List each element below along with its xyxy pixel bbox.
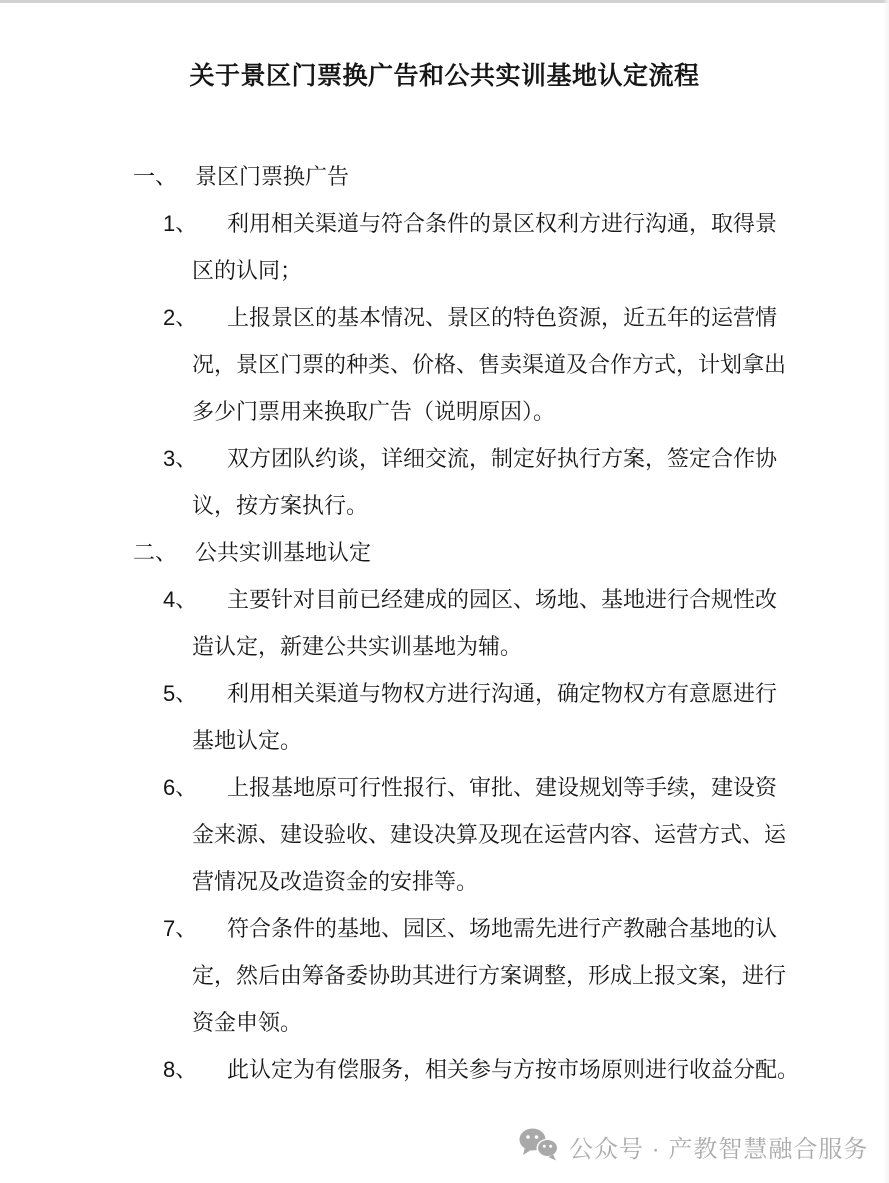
- list-item-wrap-line: 资金申领。: [0, 999, 889, 1046]
- document-page: 关于景区门票换广告和公共实训基地认定流程 一、景区门票换广告1、利用相关渠道与符…: [0, 0, 889, 1183]
- list-item-text: 利用相关渠道与符合条件的景区权利方进行沟通，取得景: [227, 211, 777, 236]
- wechat-logo-icon: [518, 1126, 560, 1167]
- list-item-wrap-line: 议，按方案执行。: [0, 482, 889, 529]
- page-top-border: [0, 0, 889, 3]
- document-title: 关于景区门票换广告和公共实训基地认定流程: [0, 60, 889, 92]
- list-item-number: 7、: [163, 905, 227, 952]
- list-item-number: 8、: [163, 1046, 227, 1093]
- list-item-text: 多少门票用来换取广告（说明原因）。: [192, 399, 555, 424]
- list-item-text: 况，景区门票的种类、价格、售卖渠道及合作方式，计划拿出: [192, 352, 786, 377]
- list-item-text: 资金申领。: [192, 1010, 302, 1035]
- list-item-number: 1、: [163, 200, 227, 247]
- section-number: 一、: [133, 153, 195, 200]
- list-item-first-line: 3、双方团队约谈，详细交流，制定好执行方案，签定合作协: [0, 435, 889, 482]
- list-item-first-line: 7、符合条件的基地、园区、场地需先进行产教融合基地的认: [0, 905, 889, 952]
- list-item-text: 造认定，新建公共实训基地为辅。: [192, 634, 522, 659]
- document-body: 一、景区门票换广告1、利用相关渠道与符合条件的景区权利方进行沟通，取得景区的认同…: [0, 153, 889, 1093]
- list-item-number: 5、: [163, 670, 227, 717]
- section-heading-label: 公共实训基地认定: [195, 540, 371, 565]
- watermark-text: 公众号 · 产教智慧融合服务: [569, 1129, 868, 1164]
- list-item-text: 基地认定。: [192, 728, 302, 753]
- list-item-wrap-line: 基地认定。: [0, 717, 889, 764]
- list-item-wrap-line: 定，然后由筹备委协助其进行方案调整，形成上报文案，进行: [0, 952, 889, 999]
- list-item-number: 4、: [163, 576, 227, 623]
- list-item-text: 主要针对目前已经建成的园区、场地、基地进行合规性改: [227, 587, 777, 612]
- list-item-text: 议，按方案执行。: [192, 493, 368, 518]
- list-item-first-line: 2、上报景区的基本情况、景区的特色资源，近五年的运营情: [0, 294, 889, 341]
- list-item-text: 定，然后由筹备委协助其进行方案调整，形成上报文案，进行: [192, 963, 786, 988]
- list-item-wrap-line: 况，景区门票的种类、价格、售卖渠道及合作方式，计划拿出: [0, 341, 889, 388]
- section-number: 二、: [133, 529, 195, 576]
- list-item-wrap-line: 多少门票用来换取广告（说明原因）。: [0, 388, 889, 435]
- list-item-wrap-line: 造认定，新建公共实训基地为辅。: [0, 623, 889, 670]
- list-item-number: 6、: [163, 764, 227, 811]
- list-item-wrap-line: 区的认同；: [0, 247, 889, 294]
- list-item-text: 金来源、建设验收、建设决算及现在运营内容、运营方式、运: [192, 822, 786, 847]
- list-item-text: 利用相关渠道与物权方进行沟通，确定物权方有意愿进行: [227, 681, 777, 706]
- list-item-first-line: 8、此认定为有偿服务，相关参与方按市场原则进行收益分配。: [0, 1046, 889, 1093]
- list-item-first-line: 4、主要针对目前已经建成的园区、场地、基地进行合规性改: [0, 576, 889, 623]
- list-item-wrap-line: 金来源、建设验收、建设决算及现在运营内容、运营方式、运: [0, 811, 889, 858]
- list-item-first-line: 1、利用相关渠道与符合条件的景区权利方进行沟通，取得景: [0, 200, 889, 247]
- list-item-number: 3、: [163, 435, 227, 482]
- list-item-text: 此认定为有偿服务，相关参与方按市场原则进行收益分配。: [227, 1057, 799, 1082]
- section-heading-1: 一、景区门票换广告: [0, 153, 889, 200]
- list-item-text: 营情况及改造资金的安排等。: [192, 869, 478, 894]
- list-item-text: 符合条件的基地、园区、场地需先进行产教融合基地的认: [227, 916, 777, 941]
- list-item-text: 上报基地原可行性报行、审批、建设规划等手续，建设资: [227, 775, 777, 800]
- list-item-first-line: 5、利用相关渠道与物权方进行沟通，确定物权方有意愿进行: [0, 670, 889, 717]
- list-item-text: 上报景区的基本情况、景区的特色资源，近五年的运营情: [227, 305, 777, 330]
- section-heading-2: 二、公共实训基地认定: [0, 529, 889, 576]
- list-item-wrap-line: 营情况及改造资金的安排等。: [0, 858, 889, 905]
- list-item-text: 区的认同；: [192, 258, 302, 283]
- list-item-first-line: 6、上报基地原可行性报行、审批、建设规划等手续，建设资: [0, 764, 889, 811]
- list-item-number: 2、: [163, 294, 227, 341]
- watermark-footer: 公众号 · 产教智慧融合服务: [518, 1126, 868, 1167]
- list-item-text: 双方团队约谈，详细交流，制定好执行方案，签定合作协: [227, 446, 777, 471]
- section-heading-label: 景区门票换广告: [195, 164, 349, 189]
